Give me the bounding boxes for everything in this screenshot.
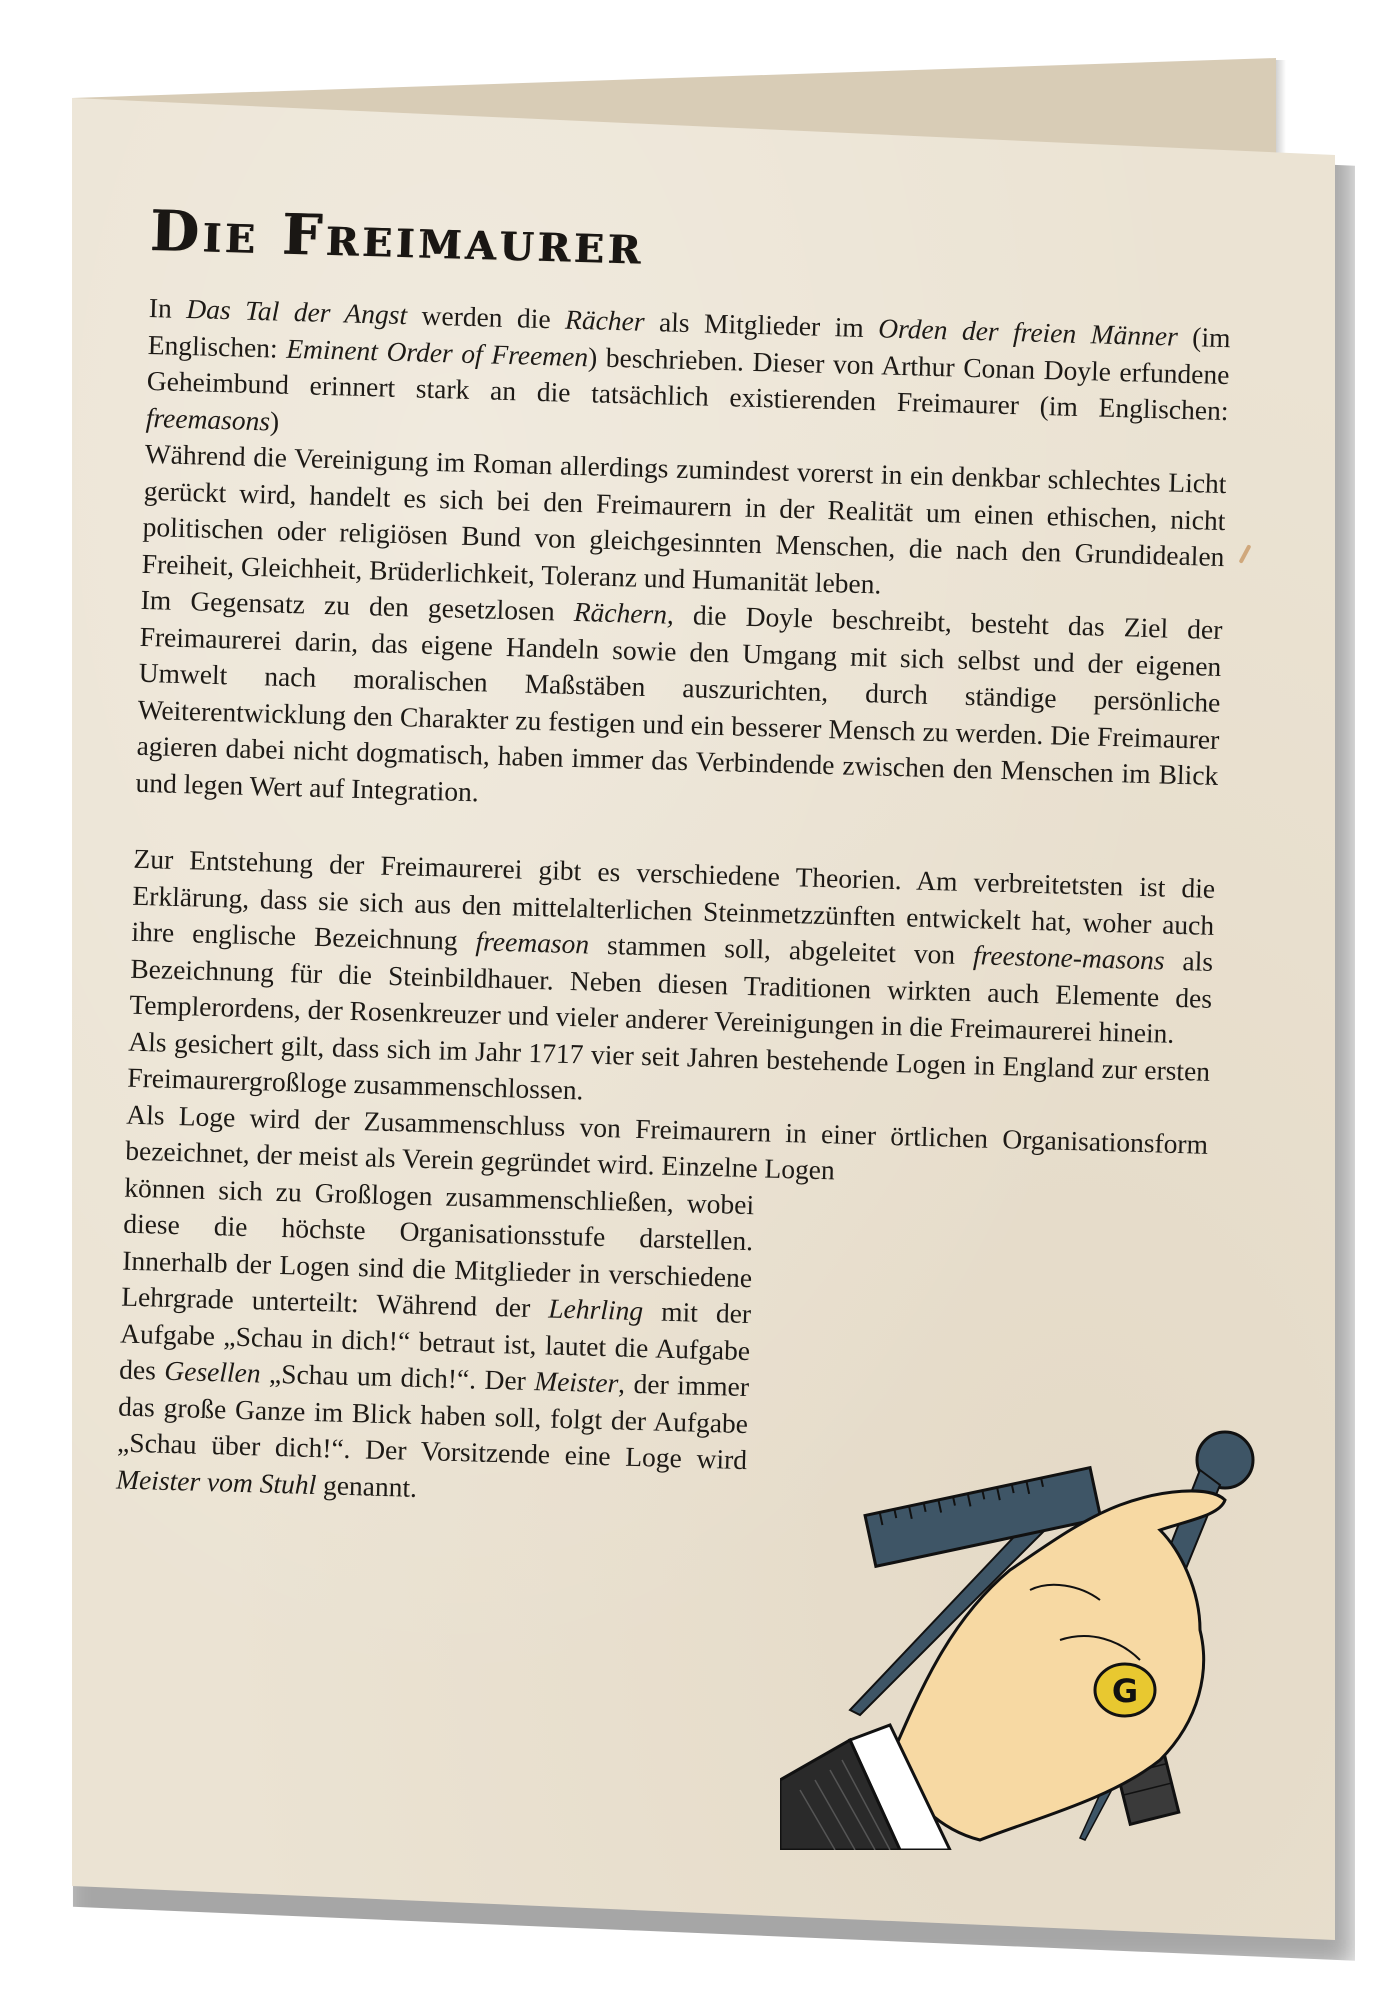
page-title: Die Freimaurer xyxy=(150,198,1233,294)
italic-text: Meister xyxy=(534,1365,619,1398)
paragraph: Im Gegensatz zu den gesetzlosen Rächern,… xyxy=(135,582,1223,831)
text-run: Während die Vereinigung im Roman allerdi… xyxy=(141,438,1227,599)
ring-letter: G xyxy=(1112,1672,1138,1710)
text-run: werden die xyxy=(407,299,566,334)
italic-text: Rächern, xyxy=(573,596,674,630)
italic-text: Meister vom Stuhl xyxy=(116,1463,317,1500)
italic-text: Lehrling xyxy=(548,1293,644,1327)
masonic-hand-with-square-and-compass-icon: G xyxy=(780,1390,1260,1850)
body-text: In Das Tal der Angst werden die Rächer a… xyxy=(116,290,1231,1528)
text-run: ) xyxy=(270,405,280,436)
text-run: stammen soll, abgeleitet von xyxy=(589,929,974,971)
paragraph: können sich zu Großlogen zusammenschließ… xyxy=(116,1169,755,1515)
italic-text: Gesellen xyxy=(164,1355,261,1389)
italic-text: Eminent Order of Freemen xyxy=(286,332,589,371)
text-run: genannt. xyxy=(316,1469,418,1503)
text-run: die Doyle beschreibt, besteht das Ziel d… xyxy=(135,599,1223,807)
italic-text: Orden der freien Männer xyxy=(878,312,1178,351)
italic-text: freemasons xyxy=(145,401,270,435)
card-content: Die Freimaurer In Das Tal der Angst werd… xyxy=(116,198,1234,1528)
italic-text: freemason xyxy=(475,925,589,959)
text-run: als Mitglieder im xyxy=(644,306,879,344)
text-run: „Schau um dich!“. Der xyxy=(260,1357,535,1396)
text-run: In xyxy=(149,292,187,324)
paragraph: Zur Entstehung der Freimaurerei gibt es … xyxy=(129,841,1216,1054)
italic-text: Rächer xyxy=(565,304,645,337)
italic-text: Das Tal der Angst xyxy=(186,293,408,330)
italic-text: freestone-masons xyxy=(973,939,1165,975)
